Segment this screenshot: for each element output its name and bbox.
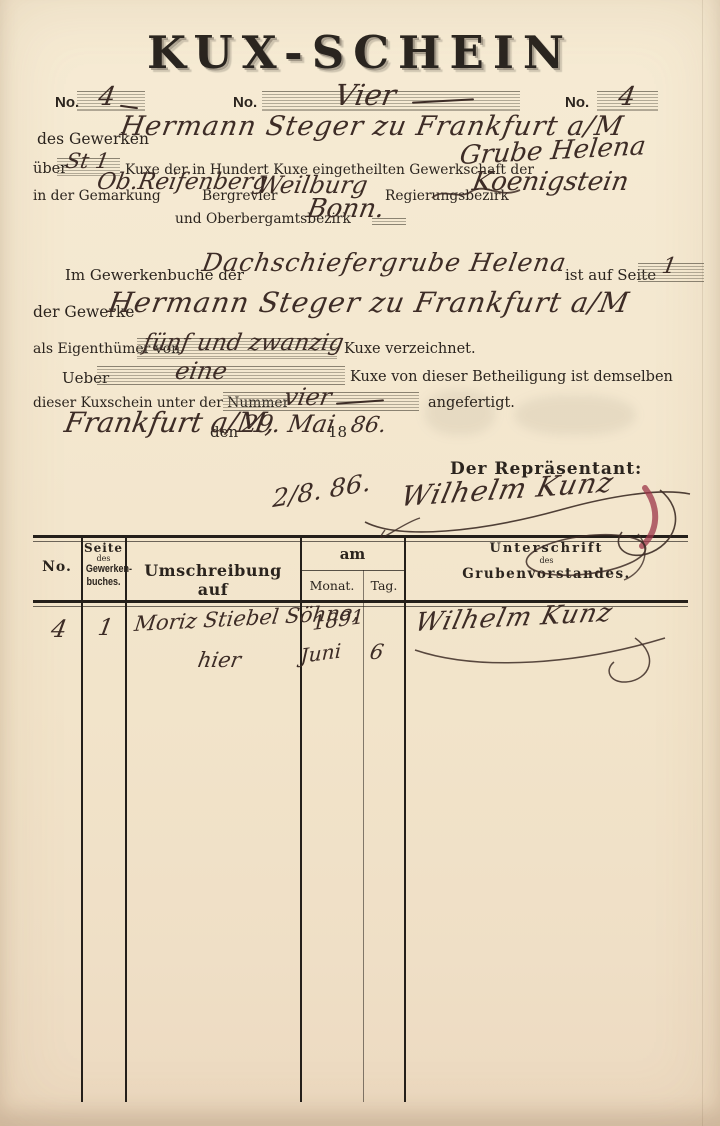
table-row-seite: 1 xyxy=(82,615,125,641)
row-signature-flourish xyxy=(410,636,690,688)
gemarkung-value-handwritten: Ob.Reifenberg xyxy=(95,169,270,195)
row-unterschrift-signature: Wilhelm Kunz xyxy=(412,598,616,638)
date-year-handwritten: 86. xyxy=(349,413,388,438)
no-label-center: No. xyxy=(233,94,257,111)
row-tag-value: 6 xyxy=(368,640,386,664)
table-column-line-thin xyxy=(363,570,364,1102)
no-label-left: No. xyxy=(55,94,79,111)
document-title: KUX-SCHEIN xyxy=(0,26,720,79)
col-header-seite: Seite des Gewerken- buches. xyxy=(82,541,125,589)
col-header-umschreibung: Umschreibung auf xyxy=(126,561,300,599)
no-label-right: No. xyxy=(565,94,589,111)
col-header-seite-line3: Gewerken- xyxy=(86,563,121,576)
kux-schein-certificate: KUX-SCHEIN No. 4 No. Vier No. 4 des Gewe… xyxy=(0,0,720,1126)
col-header-no: No. xyxy=(33,559,81,575)
col-header-seite-line2: des xyxy=(82,555,125,563)
eigenthuemer-suffix: Kuxe verzeichnet. xyxy=(344,341,476,357)
table-row-no: 4 xyxy=(33,615,81,643)
unterschrift-circle-flourish xyxy=(516,530,656,584)
row-umschreibung-line2: hier xyxy=(196,648,243,672)
row-no-value: 4 xyxy=(49,615,69,643)
crossout-scribble xyxy=(430,183,522,205)
no-value-center: Vier xyxy=(332,78,399,112)
gewerkenbuch-value-handwritten: Dachschiefergrube Helena xyxy=(200,248,569,277)
nummer-value-handwritten: vier xyxy=(282,383,334,411)
oberbergamt-value-handwritten: Bonn. xyxy=(305,194,387,224)
table-column-line xyxy=(81,536,83,1102)
row-monat-value: Juni xyxy=(300,639,342,668)
ghost-print-mark xyxy=(515,395,635,435)
row-seite-value: 1 xyxy=(96,615,115,641)
col-header-seite-line1: Seite xyxy=(82,541,125,555)
nummer-suffix: angefertigt. xyxy=(428,395,515,411)
col-header-monat: Monat. xyxy=(301,578,363,593)
eigenthuemer-value-handwritten: fünf und zwanzig xyxy=(141,330,346,356)
ueber2-value-handwritten: eine xyxy=(173,357,229,385)
date-value-handwritten: 29. Mai xyxy=(240,410,337,438)
paper-fold-line xyxy=(702,0,703,1126)
table-column-line xyxy=(404,536,406,1102)
signature-date-handwritten: 2/8. 86. xyxy=(272,468,371,513)
table-column-line xyxy=(125,536,127,1102)
col-header-seite-line4: buches. xyxy=(86,576,121,589)
ueber2-suffix: Kuxe von dieser Betheiligung ist demselb… xyxy=(350,369,673,385)
gewerke-value-handwritten: Hermann Steger zu Frankfurt a/M xyxy=(106,286,632,319)
